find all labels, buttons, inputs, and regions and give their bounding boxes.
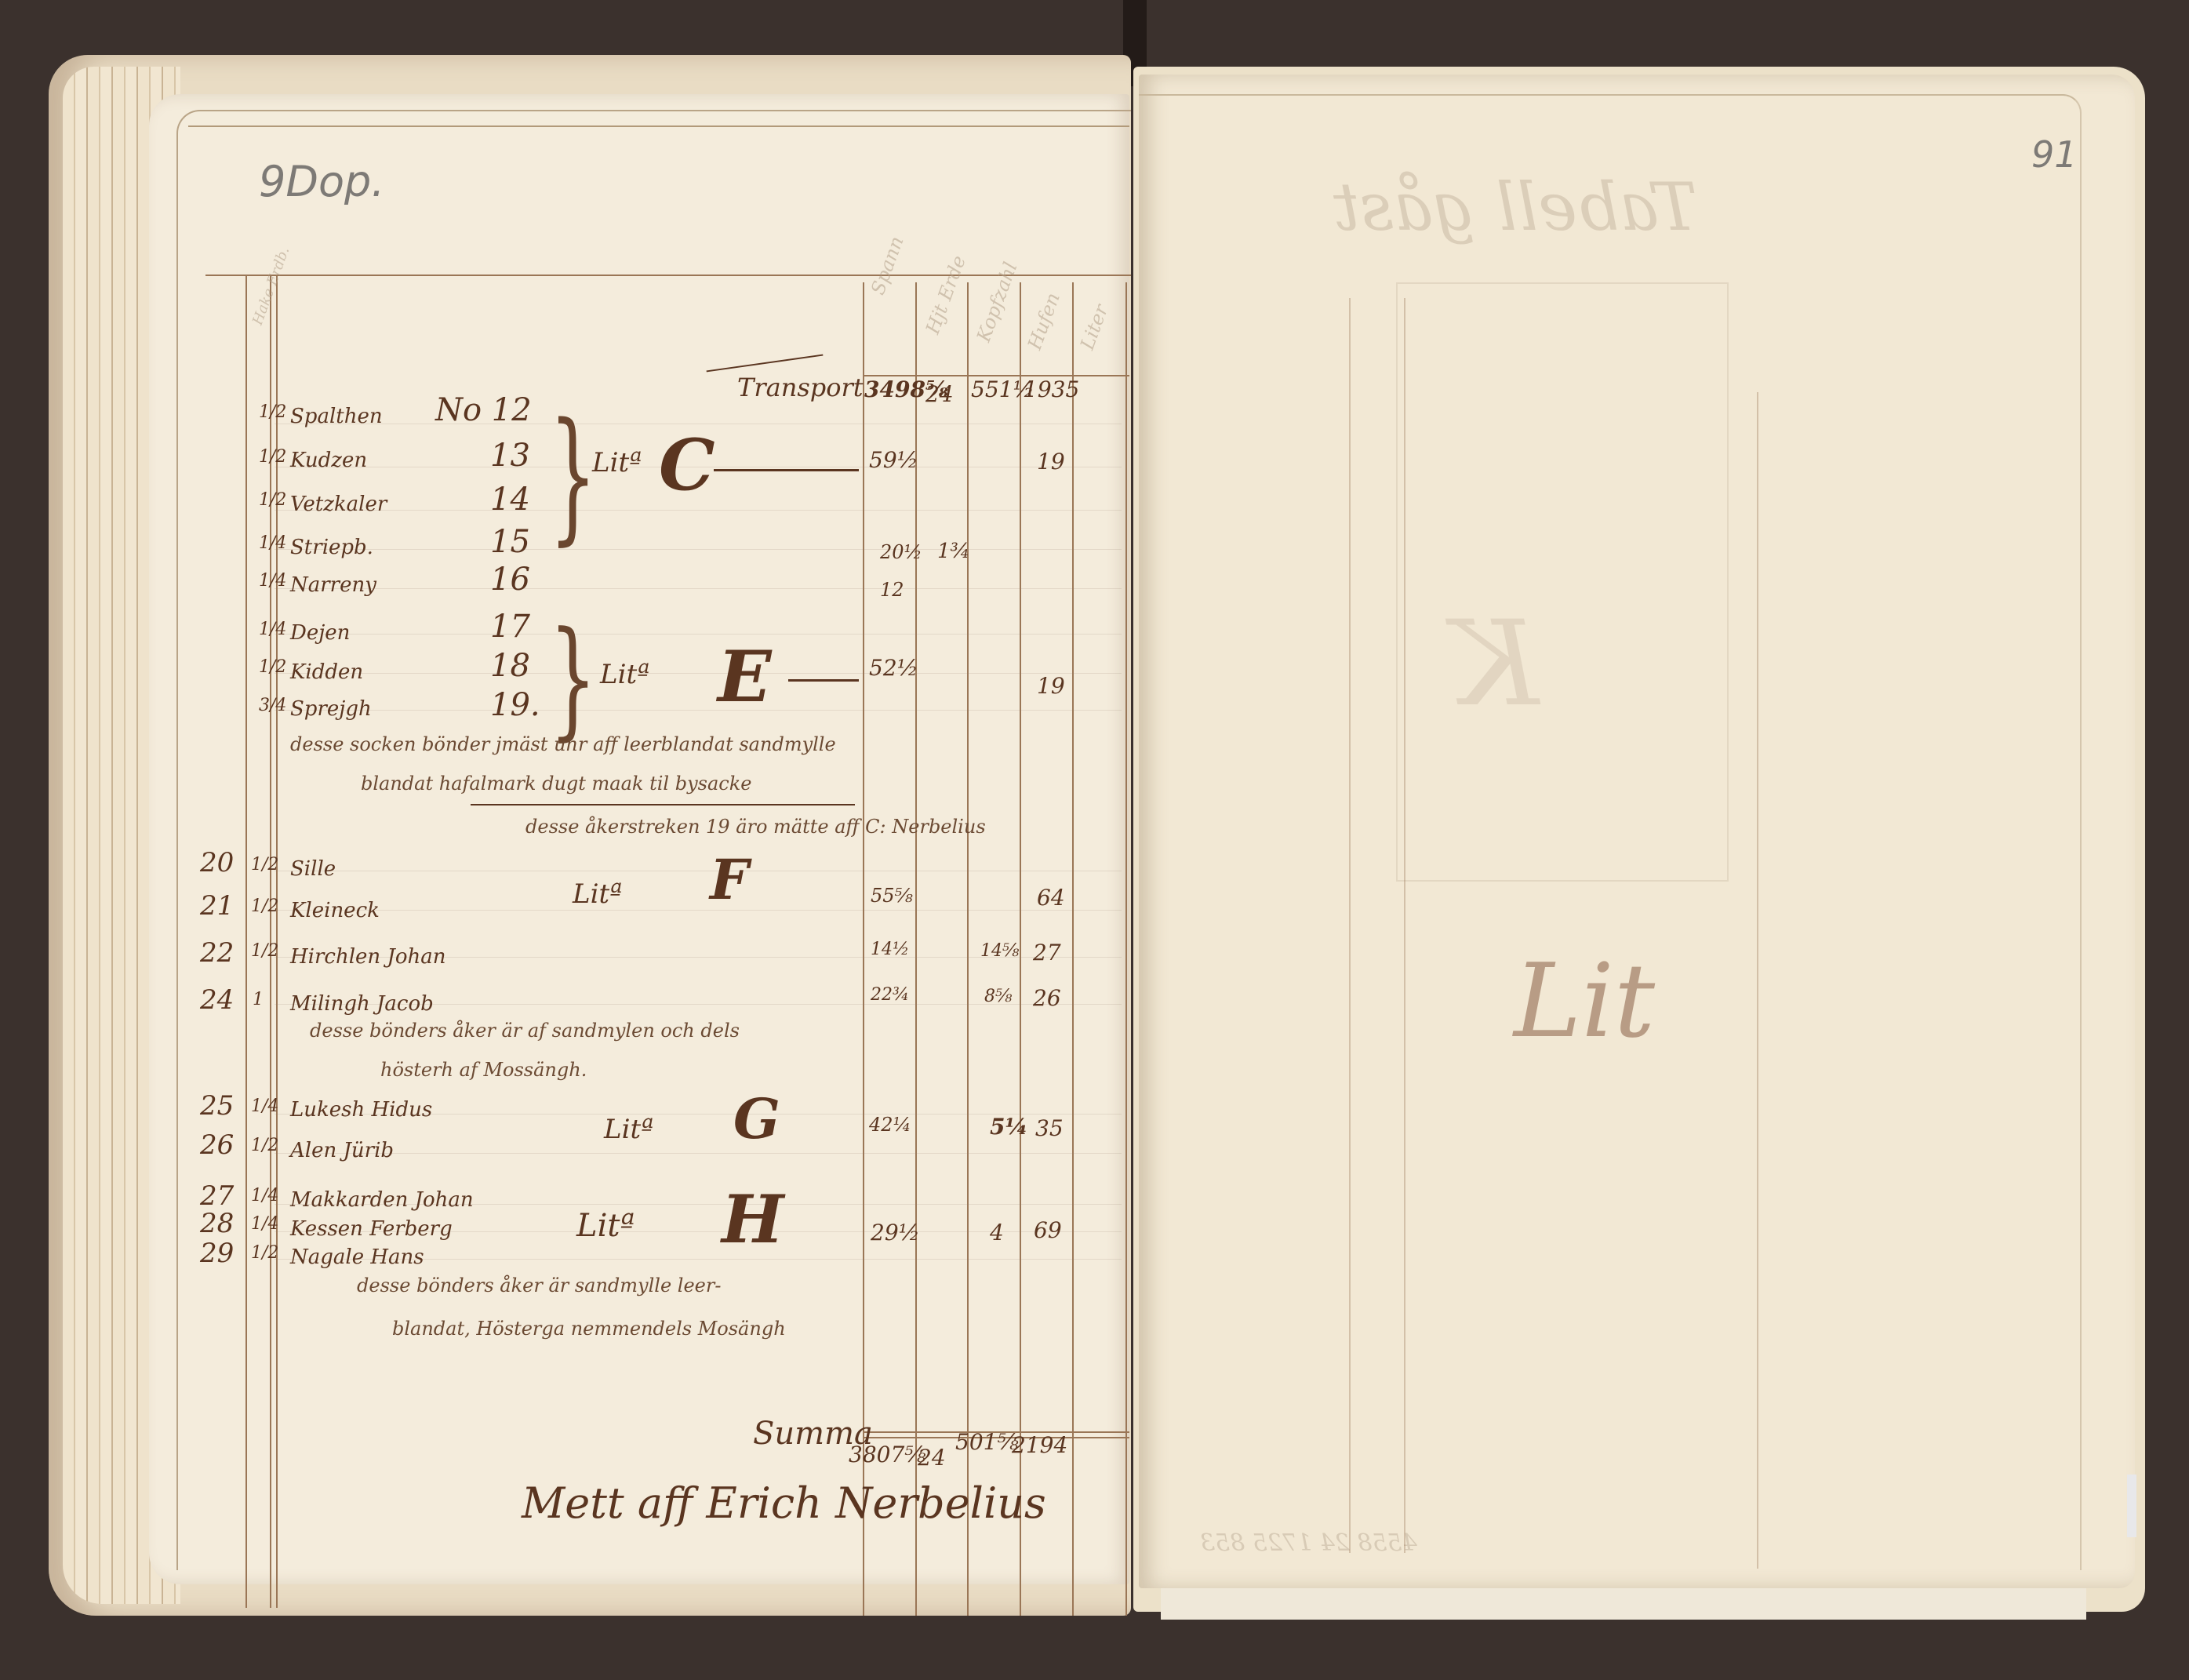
row-name: Nagale Hans [290, 1245, 424, 1269]
group-c-value-1: 59½ [869, 447, 918, 473]
row-name: Makkarden Johan [290, 1188, 474, 1212]
row22-value-3: 14⅝ [980, 941, 1019, 961]
row-share: 1/4 [251, 1186, 278, 1205]
row-name: Sille [290, 857, 336, 881]
row-name: Kessen Ferberg [290, 1217, 453, 1241]
transport-value-4: 1935 [1024, 376, 1079, 402]
row-name: Striepb. [290, 536, 373, 559]
ghost-frame [1396, 282, 1729, 882]
group-h-value-1: 29½ [871, 1220, 920, 1245]
group-brace-e: } [549, 604, 597, 753]
table-top-rule [205, 275, 1131, 276]
group-e-value-1: 52½ [869, 655, 918, 681]
summa-value-3: 501⅝ [955, 1429, 1019, 1455]
row-name: Kidden [290, 660, 363, 684]
note-line: desse bönders åker är af sandmylen och d… [310, 1020, 740, 1042]
row-name: Spalthen [290, 405, 383, 428]
row-ref: 15 [490, 524, 530, 560]
group-f-value-4: 64 [1037, 885, 1065, 911]
row-name: Lukesh Hidus [290, 1098, 432, 1122]
group-brace-c: } [549, 392, 597, 559]
group-g-value-1: 42¼ [869, 1114, 911, 1136]
row-share: 1/2 [259, 657, 286, 677]
row-number: 27 [200, 1180, 234, 1212]
ghost-letter-2: Lit [1514, 941, 1655, 1060]
row-share: 1/4 [251, 1214, 278, 1234]
row-name: Alen Jürib [290, 1139, 394, 1162]
group-g-value-3: 5¼ [990, 1114, 1028, 1140]
row-name: Dejen [290, 621, 350, 645]
row24-value-4: 26 [1033, 985, 1061, 1011]
row-share: 1/2 [251, 1243, 278, 1263]
row-number: 26 [200, 1129, 234, 1161]
column-rule-number [245, 275, 247, 1608]
bookmark-tab [2127, 1475, 2136, 1537]
group-letter-f: F [710, 847, 749, 912]
row-ref: 17 [490, 609, 530, 645]
group-letter-e: E [718, 635, 772, 718]
row-share: 1 [253, 990, 264, 1009]
column-rule-amount-5 [1072, 282, 1074, 1616]
row-name: Milingh Jacob [290, 992, 434, 1016]
row15-value-2: 1¾ [937, 540, 970, 563]
group-label-f: Litª [573, 878, 622, 910]
row-name: Kudzen [290, 449, 367, 472]
group-h-value-3: 4 [990, 1220, 1004, 1245]
row24-value-3: 8⅝ [984, 987, 1012, 1006]
right-page-torn-edge [1161, 1584, 2086, 1620]
ghost-column-rule [1404, 298, 1405, 1553]
row-name: Kleineck [290, 899, 380, 922]
column-rule-amount-2 [915, 282, 917, 1616]
group-letter-g: G [733, 1086, 780, 1151]
row-number: 20 [200, 847, 234, 878]
summa-value-2: 24 [918, 1445, 946, 1471]
row-ref: 13 [490, 438, 530, 474]
row-number: 25 [200, 1090, 234, 1122]
row-share: 1/2 [251, 896, 278, 916]
row-share: 1/2 [251, 1136, 278, 1155]
row-number: 24 [200, 984, 234, 1016]
note-line: desse socken bönder jmäst uhr aff leerbl… [290, 733, 836, 755]
note-line: desse åkerstreken 19 äro mätte aff C: Ne… [525, 816, 986, 838]
group-label-g: Litª [604, 1114, 653, 1145]
row-number: 29 [200, 1238, 234, 1269]
row-name: Sprejgh [290, 697, 372, 721]
row22-value-4: 27 [1033, 940, 1061, 965]
folio-number-right: 91 [2031, 133, 2078, 176]
row-share: 1/2 [251, 855, 278, 875]
row-ref: 16 [490, 562, 530, 598]
ghost-column-rule [1757, 392, 1758, 1569]
row-ref: 14 [490, 482, 530, 518]
folio-number-left: 9Dop. [259, 157, 384, 206]
row22-value-1: 14½ [871, 940, 909, 959]
row-ref: No 12 [435, 392, 532, 428]
note-line: desse bönders åker är sandmylle leer- [357, 1275, 721, 1296]
row-name: Hirchlen Johan [290, 945, 446, 969]
row-share: 1/4 [251, 1096, 278, 1116]
row-share: 3/4 [259, 696, 286, 715]
row-ref: 18 [490, 648, 530, 684]
column-rule-amount-4 [1020, 282, 1021, 1616]
row24-value-1: 22¾ [871, 985, 909, 1005]
ghost-letter-1: K [1451, 596, 1539, 733]
row-share: 1/2 [259, 447, 286, 467]
row15-value-1: 20½ [880, 541, 922, 563]
group-label-h: Litª [576, 1208, 635, 1244]
row-ref: 19. [490, 687, 540, 723]
ghost-total: 4558 24 1725 853 [1200, 1529, 1417, 1557]
group-f-value-1: 55⅝ [871, 885, 913, 907]
summa-value-4: 2194 [1012, 1432, 1067, 1458]
column-rule-amount-3 [967, 282, 969, 1616]
surveyor-signature: Mett aff Erich Nerbelius [522, 1478, 1046, 1528]
group-letter-h: H [722, 1180, 784, 1258]
row-share: 1/4 [259, 571, 286, 591]
row-share: 1/4 [259, 533, 286, 553]
row-number: 22 [200, 937, 234, 969]
row16-value-1: 12 [880, 579, 904, 601]
transport-label: Transport [737, 373, 864, 402]
group-label-c: Litª [592, 447, 642, 478]
note-line: blandat, Hösterga nemmendels Mosängh [392, 1318, 786, 1340]
note-line: blandat hafalmark dugt maak til bysacke [361, 773, 751, 795]
row-number: 28 [200, 1208, 234, 1239]
row-number: 21 [200, 890, 234, 922]
column-rule-amount-6 [1125, 282, 1127, 1616]
transport-value-2: 24 [925, 381, 954, 407]
group-label-e: Litª [600, 659, 649, 690]
row-share: 1/4 [259, 620, 286, 639]
row-share: 1/2 [251, 941, 278, 961]
ghost-title: Tabell gåst [1333, 169, 1697, 245]
group-letter-c: C [659, 424, 715, 507]
row-name: Vetzkaler [290, 493, 387, 516]
group-h-value-4: 69 [1034, 1217, 1062, 1243]
row-name: Narreny [290, 573, 376, 597]
row-share: 1/2 [259, 490, 286, 510]
group-e-value-4: 19 [1037, 673, 1065, 699]
summa-value-1: 3807⅝ [849, 1442, 925, 1467]
note-line: hösterh af Mossängh. [380, 1059, 587, 1081]
group-g-value-4: 35 [1035, 1115, 1064, 1141]
row-share: 1/2 [259, 402, 286, 422]
ghost-column-rule [1349, 298, 1351, 1553]
group-c-value-4: 19 [1037, 449, 1065, 475]
